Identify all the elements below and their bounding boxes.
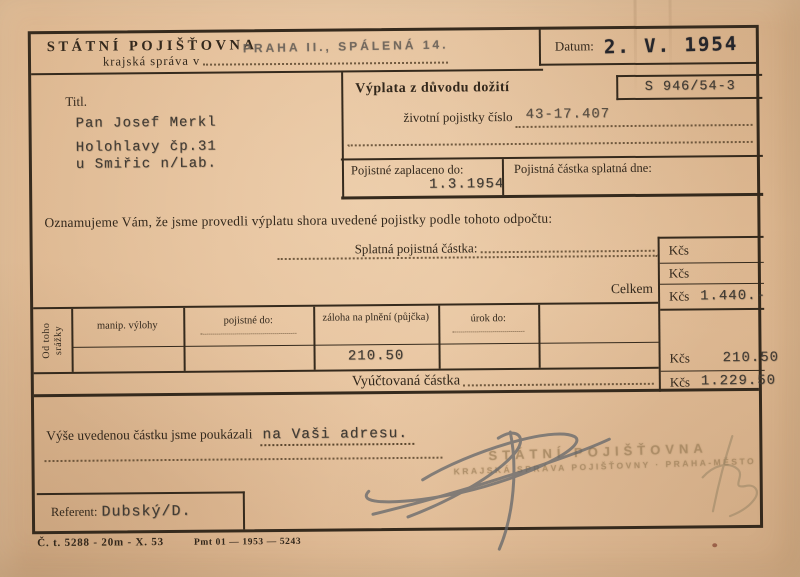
premium-paid-box: Pojistné zaplaceno do: Pojistná částka s… <box>341 155 763 200</box>
settled-amount-label-row: Vyúčtovaná částka <box>352 371 657 391</box>
table-column-divider <box>538 305 541 368</box>
remittance-note-typed: na Vaši adresu. <box>260 426 414 446</box>
table-side-label-cell: Od toho srážky <box>33 309 72 372</box>
table-row-divider <box>71 342 658 348</box>
file-number: S 946/54-3 <box>645 79 736 95</box>
notice-sentence: Oznamujeme Vám, že jsme provedli výplatu… <box>44 211 552 231</box>
form-border-frame: STÁTNÍ POJIŠŤOVNA krajská správa v PRAHA… <box>28 25 763 534</box>
remittance-note-label: Výše uvedenou částku jsme poukázali <box>46 426 252 444</box>
currency-label: Kčs <box>669 288 689 304</box>
print-code-right: Pmt 01 — 1953 — 5243 <box>194 537 301 548</box>
header-left-section: STÁTNÍ POJIŠŤOVNA krajská správa v PRAHA… <box>31 30 543 75</box>
dotted-line <box>278 255 658 260</box>
branch-label: krajská správa v <box>103 54 200 70</box>
column-header-pojistne-label: pojistné do: <box>185 314 311 328</box>
deductions-amount-value: 210.50 <box>723 350 780 366</box>
recipient-address-line2: u Smiřic n/Lab. <box>76 156 217 173</box>
print-footer: Č. t. 5288 - 20m - X. 53 Pmt 01 — 1953 —… <box>37 535 301 549</box>
dotted-leader <box>463 371 654 387</box>
currency-row-2: Kčs <box>660 263 764 285</box>
advance-deduction-value: 210.50 <box>314 348 439 365</box>
currency-label: Kčs <box>669 242 689 258</box>
currency-label: Kčs <box>669 265 689 281</box>
column-header-pojistne: pojistné do: <box>185 314 311 335</box>
deductions-table: Od toho srážky manip. výlohy pojistné do… <box>33 302 659 394</box>
paid-until-value: 1.3.1954 <box>429 176 504 193</box>
scanned-insurance-form: STÁTNÍ POJIŠŤOVNA krajská správa v PRAHA… <box>0 0 800 577</box>
referent-label: Referent: <box>51 505 98 520</box>
column-header-urok: úrok do: <box>440 312 536 333</box>
currency-row-1: Kčs <box>660 238 764 264</box>
dotted-line <box>200 333 296 335</box>
policy-number-value: 43-17.407 <box>525 106 610 123</box>
policy-number-row: životní pojistky číslo 43-17.407 <box>403 107 755 132</box>
paper-speck <box>712 543 717 547</box>
dotted-line <box>348 141 753 147</box>
payable-amount-label: Splatná pojistná částka: <box>355 240 478 257</box>
referent-box: Referent: Dubský/D. <box>37 491 245 531</box>
total-amount-row: Kčs 1.440.- <box>660 284 764 311</box>
referent-name: Dubský/D. <box>101 503 191 521</box>
dotted-leader: 43-17.407 <box>516 107 753 128</box>
currency-label: Kčs <box>670 350 690 366</box>
table-side-label: Od toho srážky <box>41 321 64 359</box>
recipient-name: Pan Josef Merkl <box>75 115 216 132</box>
dotted-line <box>44 457 442 462</box>
recipient-address-line1: Holohlavy čp.31 <box>76 139 217 156</box>
salutation: Titl. <box>65 94 87 110</box>
settled-amount-value: 1.229.50 <box>701 373 776 390</box>
payout-title: Výplata z důvodu dožití <box>355 80 509 97</box>
print-code-left: Č. t. 5288 - 20m - X. 53 <box>37 536 164 549</box>
file-number-box: S 946/54-3 <box>616 74 762 100</box>
dotted-line <box>452 331 524 333</box>
date-box: Datum: 2. V. 1954 <box>539 27 757 66</box>
settled-amount-label: Vyúčtovaná částka <box>352 372 460 390</box>
date-label: Datum: <box>555 38 594 54</box>
scan-tilt-wrapper: STÁTNÍ POJIŠŤOVNA krajská správa v PRAHA… <box>0 0 800 577</box>
policy-number-label: životní pojistky číslo <box>403 109 512 132</box>
total-label: Celkem <box>533 281 658 298</box>
due-date-cell: Pojistná částka splatná dne: <box>504 157 763 195</box>
date-stamp-value: 2. V. 1954 <box>604 32 739 58</box>
payout-section: Výplata z důvodu dožití S 946/54-3 život… <box>341 69 763 200</box>
deductions-amount-row: Kčs 210.50 <box>660 310 765 372</box>
column-header-urok-label: úrok do: <box>440 312 536 326</box>
column-header-zaloha: záloha na plnění (půjčka) <box>315 311 436 325</box>
total-amount-value: 1.440.- <box>700 288 766 305</box>
dotted-leader <box>480 239 654 254</box>
remittance-note-row: Výše uvedenou částku jsme poukázali na V… <box>46 425 414 448</box>
column-header-manip: manip. výlohy <box>73 319 181 333</box>
currency-column: Kčs Kčs Kčs 1.440.- Kčs 210.50 Kčs 1.229… <box>658 236 765 392</box>
table-column-divider <box>71 309 74 372</box>
